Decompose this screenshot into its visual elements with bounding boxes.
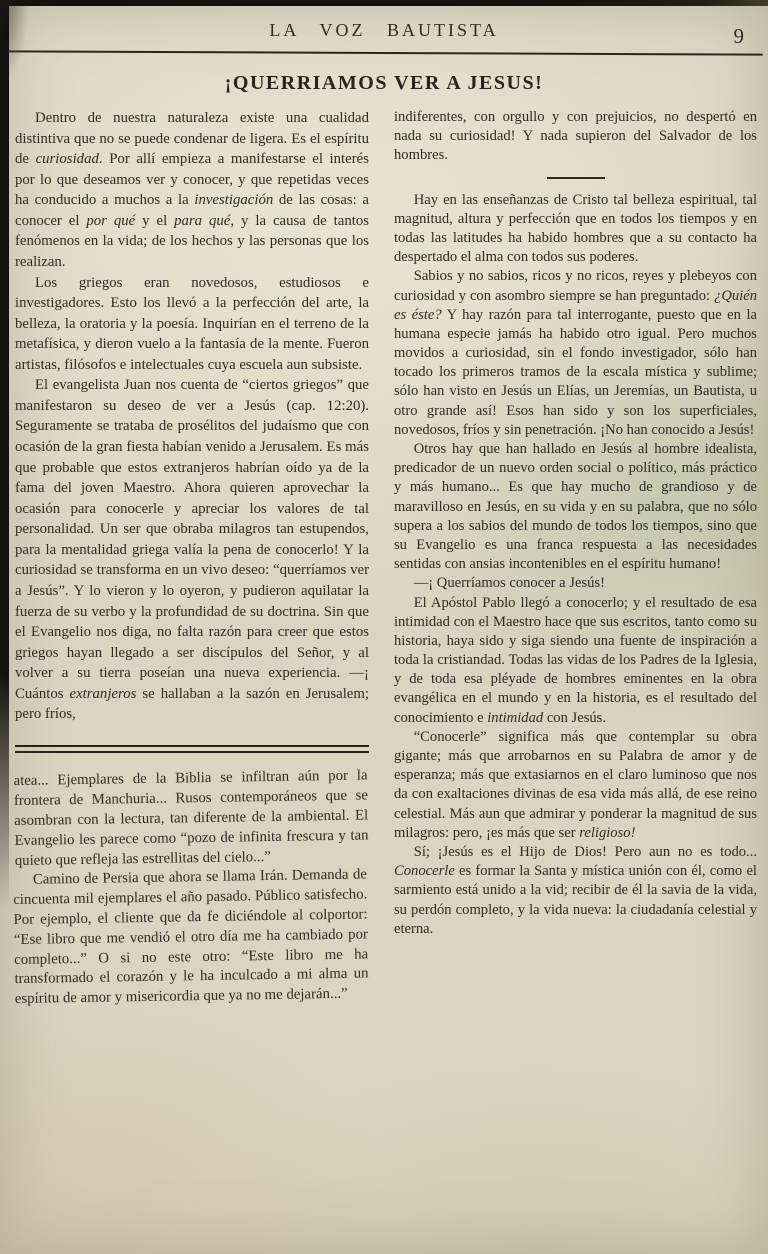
paragraph: “Conocerle” significa más que contemplar… xyxy=(394,728,757,843)
paragraph: Dentro de nuestra naturaleza existe una … xyxy=(15,108,369,273)
paragraph: Sabios y no sabios, ricos y no ricos, re… xyxy=(394,267,757,440)
paragraph: indiferentes, con orgullo y con prejuici… xyxy=(394,108,757,166)
paragraph: El Apóstol Pablo llegó a conocerlo; y el… xyxy=(394,594,757,728)
paragraph: Otros hay que han hallado en Jesús al ho… xyxy=(394,440,757,574)
scan-edge-corner xyxy=(0,0,42,120)
paragraph: atea... Ejemplares de la Biblia se infil… xyxy=(13,766,369,871)
paragraph: —¡ Querríamos conocer a Jesús! xyxy=(394,574,757,593)
scan-edge-top xyxy=(0,0,768,6)
paragraph: Los griegos eran novedosos, estudiosos e… xyxy=(15,273,369,376)
paragraph: El evangelista Juan nos cuenta de “ciert… xyxy=(15,375,369,725)
scan-edge-left xyxy=(0,0,9,910)
masthead-rule xyxy=(8,50,763,55)
paragraph: Hay en las enseñanzas de Cristo tal bell… xyxy=(394,191,757,268)
page-number: 9 xyxy=(734,24,745,49)
right-column: indiferentes, con orgullo y con prejuici… xyxy=(394,108,757,1011)
magazine-page-scan: LA VOZ BAUTISTA 9 ¡QUERRIAMOS VER A JESU… xyxy=(0,0,768,1254)
paragraph-divider-rule xyxy=(547,177,605,179)
masthead-title: LA VOZ BAUTISTA xyxy=(0,20,768,41)
article-body: Dentro de nuestra naturaleza existe una … xyxy=(15,108,757,1011)
section-divider-double-rule xyxy=(15,745,369,753)
left-column: Dentro de nuestra naturaleza existe una … xyxy=(15,108,369,1011)
paragraph: Camino de Persia que ahora se llama Irán… xyxy=(13,866,369,1011)
article-title: ¡QUERRIAMOS VER A JESUS! xyxy=(0,72,768,95)
paragraph: Sí; ¡Jesús es el Hijo de Dios! Pero aun … xyxy=(394,843,757,939)
